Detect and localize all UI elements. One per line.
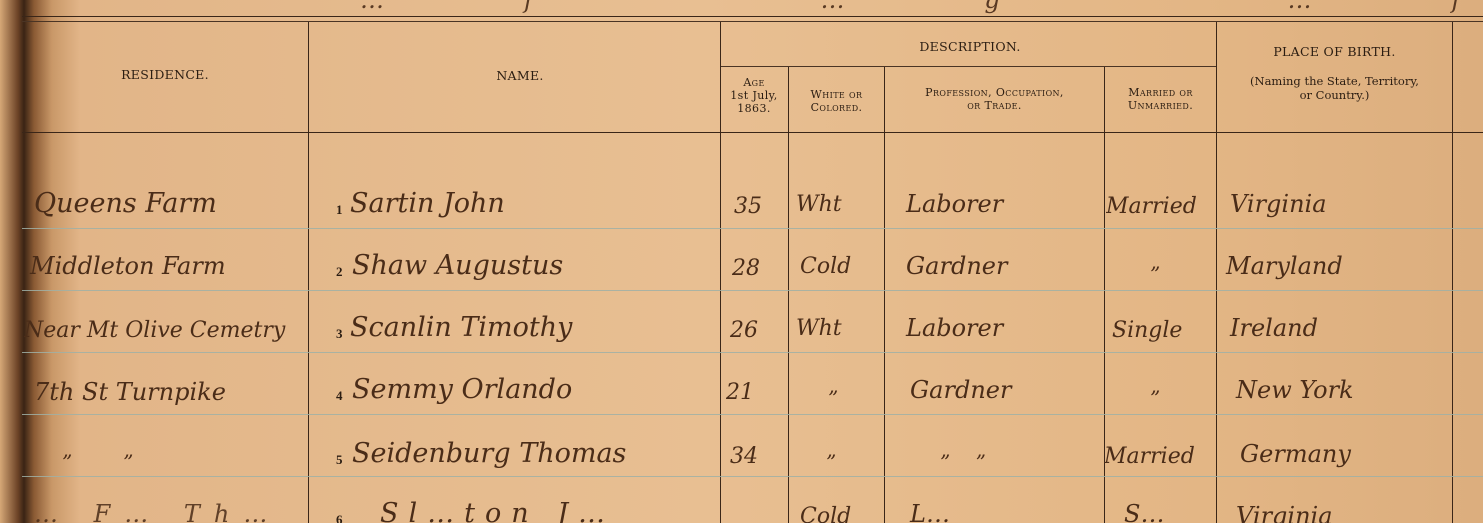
header-married-line1: Married or: [1105, 86, 1216, 99]
header-white-or-colored: White or Colored.: [789, 88, 884, 114]
row-name: Sl…ton J…: [380, 498, 615, 523]
header-age: Age 1st July, 1863.: [721, 76, 787, 115]
row-birthplace: Virginia: [1236, 502, 1333, 523]
row-name: Sartin John: [350, 188, 505, 219]
row-age: 35: [734, 194, 762, 219]
row-residence: Near Mt Olive Cemetry: [24, 318, 308, 343]
row-birthplace: Ireland: [1230, 314, 1318, 342]
row-number: 3: [336, 326, 343, 342]
header-profession: Profession, Occupation, or Trade.: [885, 86, 1104, 112]
header-place-of-birth-note-line1: (Naming the State, Territory,: [1217, 74, 1452, 88]
row-color-ditto: ”: [826, 450, 836, 474]
ruled-line-2: [22, 290, 1483, 291]
row-age: 34: [730, 444, 758, 469]
header-profession-line1: Profession, Occupation,: [885, 86, 1104, 99]
row-color-ditto: ”: [828, 386, 838, 410]
header-married-line2: Unmarried.: [1105, 99, 1216, 112]
row-birthplace: Maryland: [1226, 252, 1343, 280]
header-married: Married or Unmarried.: [1105, 86, 1216, 112]
col-divider-color-profession: [884, 67, 885, 523]
row-birthplace: Germany: [1240, 440, 1351, 468]
row-birthplace: New York: [1236, 376, 1354, 404]
ruled-line-1: [22, 228, 1483, 229]
row-name: Shaw Augustus: [352, 250, 563, 281]
top-script-fragment: …f …g …f: [360, 0, 1483, 14]
row-residence: Middleton Farm: [30, 252, 226, 280]
row-name: Semmy Orlando: [352, 374, 720, 405]
header-bottom-border: [22, 132, 1483, 133]
row-residence: … F… Th…: [34, 500, 281, 523]
top-border-inner: [22, 21, 1483, 22]
row-profession: Laborer: [906, 314, 1003, 342]
row-number: 6: [336, 512, 343, 523]
row-number: 4: [336, 388, 343, 404]
row-residence-ditto: ” ”: [62, 450, 133, 474]
row-birthplace: Virginia: [1230, 190, 1327, 218]
row-name: Seidenburg Thomas: [352, 438, 720, 469]
row-married: Married: [1104, 444, 1216, 469]
header-place-of-birth-note: (Naming the State, Territory, or Country…: [1217, 74, 1452, 102]
row-residence: Queens Farm: [34, 188, 217, 219]
header-profession-line2: or Trade.: [885, 99, 1104, 112]
row-profession: Laborer: [906, 190, 1003, 218]
row-married-ditto: ”: [1150, 386, 1160, 410]
header-white-or-colored-line1: White or: [789, 88, 884, 101]
row-age: 26: [730, 318, 758, 343]
row-number: 1: [336, 202, 343, 218]
row-married: S…: [1124, 500, 1164, 523]
header-residence: RESIDENCE.: [80, 67, 250, 82]
row-color: Wht: [796, 316, 842, 341]
row-profession: Gardner: [906, 252, 1007, 280]
row-color: Cold: [800, 254, 851, 279]
row-color: Wht: [796, 192, 842, 217]
row-number: 5: [336, 452, 343, 468]
top-border: [22, 16, 1483, 17]
row-profession: L…: [910, 500, 950, 523]
ruled-line-5: [22, 476, 1483, 477]
row-age: 21: [726, 380, 754, 405]
header-place-of-birth: PLACE OF BIRTH.: [1217, 44, 1452, 59]
header-name: NAME.: [440, 68, 600, 83]
description-subheader-rule: [720, 66, 1216, 67]
row-residence: 7th St Turnpike: [34, 378, 226, 406]
col-divider-age-color: [788, 67, 789, 523]
row-age: 28: [732, 256, 760, 281]
col-divider-residence-name: [308, 22, 309, 523]
row-number: 2: [336, 264, 343, 280]
row-profession-ditto: ” ”: [940, 450, 986, 474]
ruled-line-3: [22, 352, 1483, 353]
row-married: Married: [1106, 194, 1214, 219]
col-divider-birth-extra: [1452, 22, 1453, 523]
header-age-line3: 1863.: [721, 102, 787, 115]
ruled-line-4: [22, 414, 1483, 415]
register-page: …f …g …f RESIDENCE. NAME. DESCRIPTION. A…: [0, 0, 1483, 523]
row-married-ditto: ”: [1150, 262, 1160, 286]
row-color: Cold: [800, 504, 851, 523]
row-married: Single: [1112, 318, 1216, 343]
row-name: Scanlin Timothy: [350, 312, 718, 343]
header-age-line2: 1st July,: [721, 89, 787, 102]
header-description: DESCRIPTION.: [880, 39, 1060, 54]
row-profession: Gardner: [910, 376, 1011, 404]
header-white-or-colored-line2: Colored.: [789, 101, 884, 114]
header-place-of-birth-note-line2: or Country.): [1217, 88, 1452, 102]
header-age-line1: Age: [721, 76, 787, 89]
